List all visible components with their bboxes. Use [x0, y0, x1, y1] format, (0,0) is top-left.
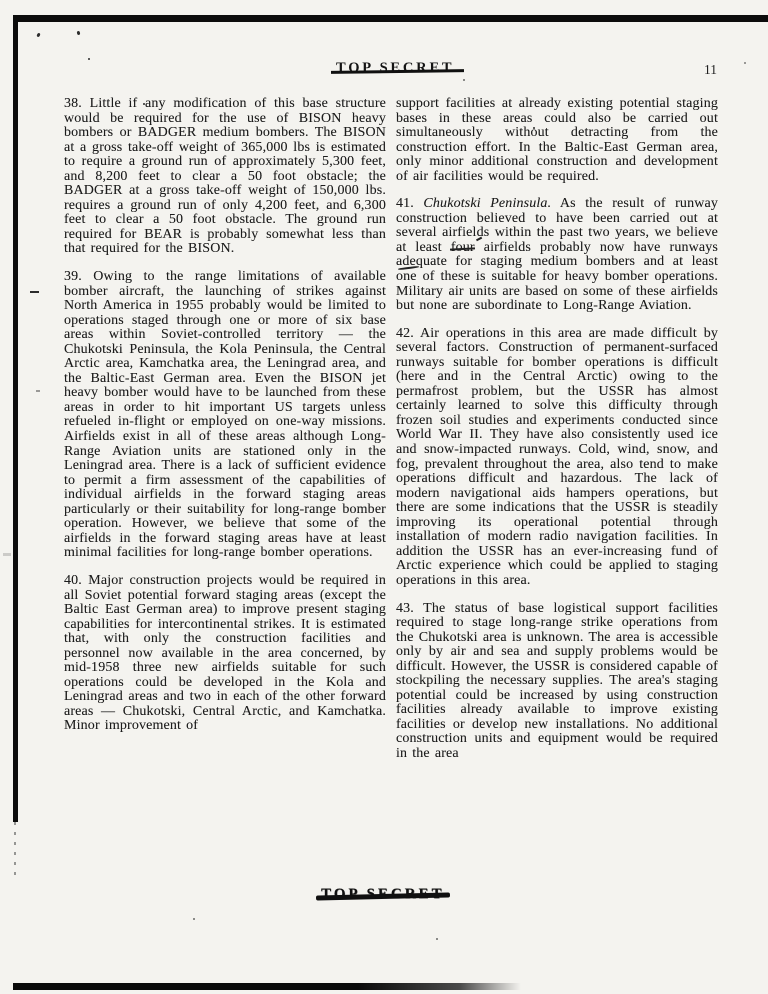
- scan-smudge: [36, 390, 40, 392]
- paragraph-41-number: 41.: [396, 196, 423, 211]
- paragraph-40: 40. Major construction projects would be…: [64, 574, 386, 734]
- left-column: 38. Little if any modification of this b…: [64, 97, 386, 747]
- paragraph-42: 42. Air operations in this area are made…: [396, 327, 718, 589]
- classification-footer-text: TOP SECRET: [321, 886, 445, 903]
- paragraph-41-body: of these is suitable for heavy bomber op…: [396, 269, 718, 313]
- scan-speck: [533, 127, 535, 129]
- page-number: 11: [704, 62, 717, 78]
- scan-speck: [36, 33, 40, 38]
- paragraph-40-continuation: support facilities at already existing p…: [396, 97, 718, 184]
- pen-struck-word: four: [451, 240, 475, 255]
- scan-border-bottom: [13, 983, 521, 990]
- paragraph-41: 41. Chukotski Peninsula. As the result o…: [396, 197, 718, 313]
- scan-border-left: [13, 15, 18, 822]
- scan-smudge: [3, 553, 11, 556]
- scan-speck: [744, 62, 746, 64]
- pen-marked-word: one: [396, 269, 417, 284]
- scan-border-top: [13, 15, 768, 22]
- margin-dash-mark: [30, 291, 39, 293]
- scan-speck: [77, 31, 81, 36]
- scan-speck: [193, 918, 195, 920]
- paragraph-39: 39. Owing to the range limitations of av…: [64, 270, 386, 561]
- classification-header-text: TOP SECRET: [336, 60, 454, 77]
- scanned-document-page: TOP SECRET 11 38. Little if any modifica…: [0, 0, 768, 994]
- right-column: support facilities at already existing p…: [396, 97, 718, 775]
- scan-speck: [463, 79, 465, 81]
- paragraph-43: 43. The status of base logistical suppor…: [396, 602, 718, 762]
- classification-header: TOP SECRET: [336, 60, 454, 77]
- scan-speck: [88, 58, 90, 60]
- classification-footer: TOP SECRET: [321, 886, 445, 903]
- scan-speck: [436, 938, 438, 940]
- paragraph-41-italic-lead: Chukotski Peninsula.: [423, 196, 551, 211]
- scan-speck: [143, 103, 145, 105]
- paragraph-38: 38. Little if any modification of this b…: [64, 97, 386, 257]
- scan-border-left-faint: [14, 822, 16, 880]
